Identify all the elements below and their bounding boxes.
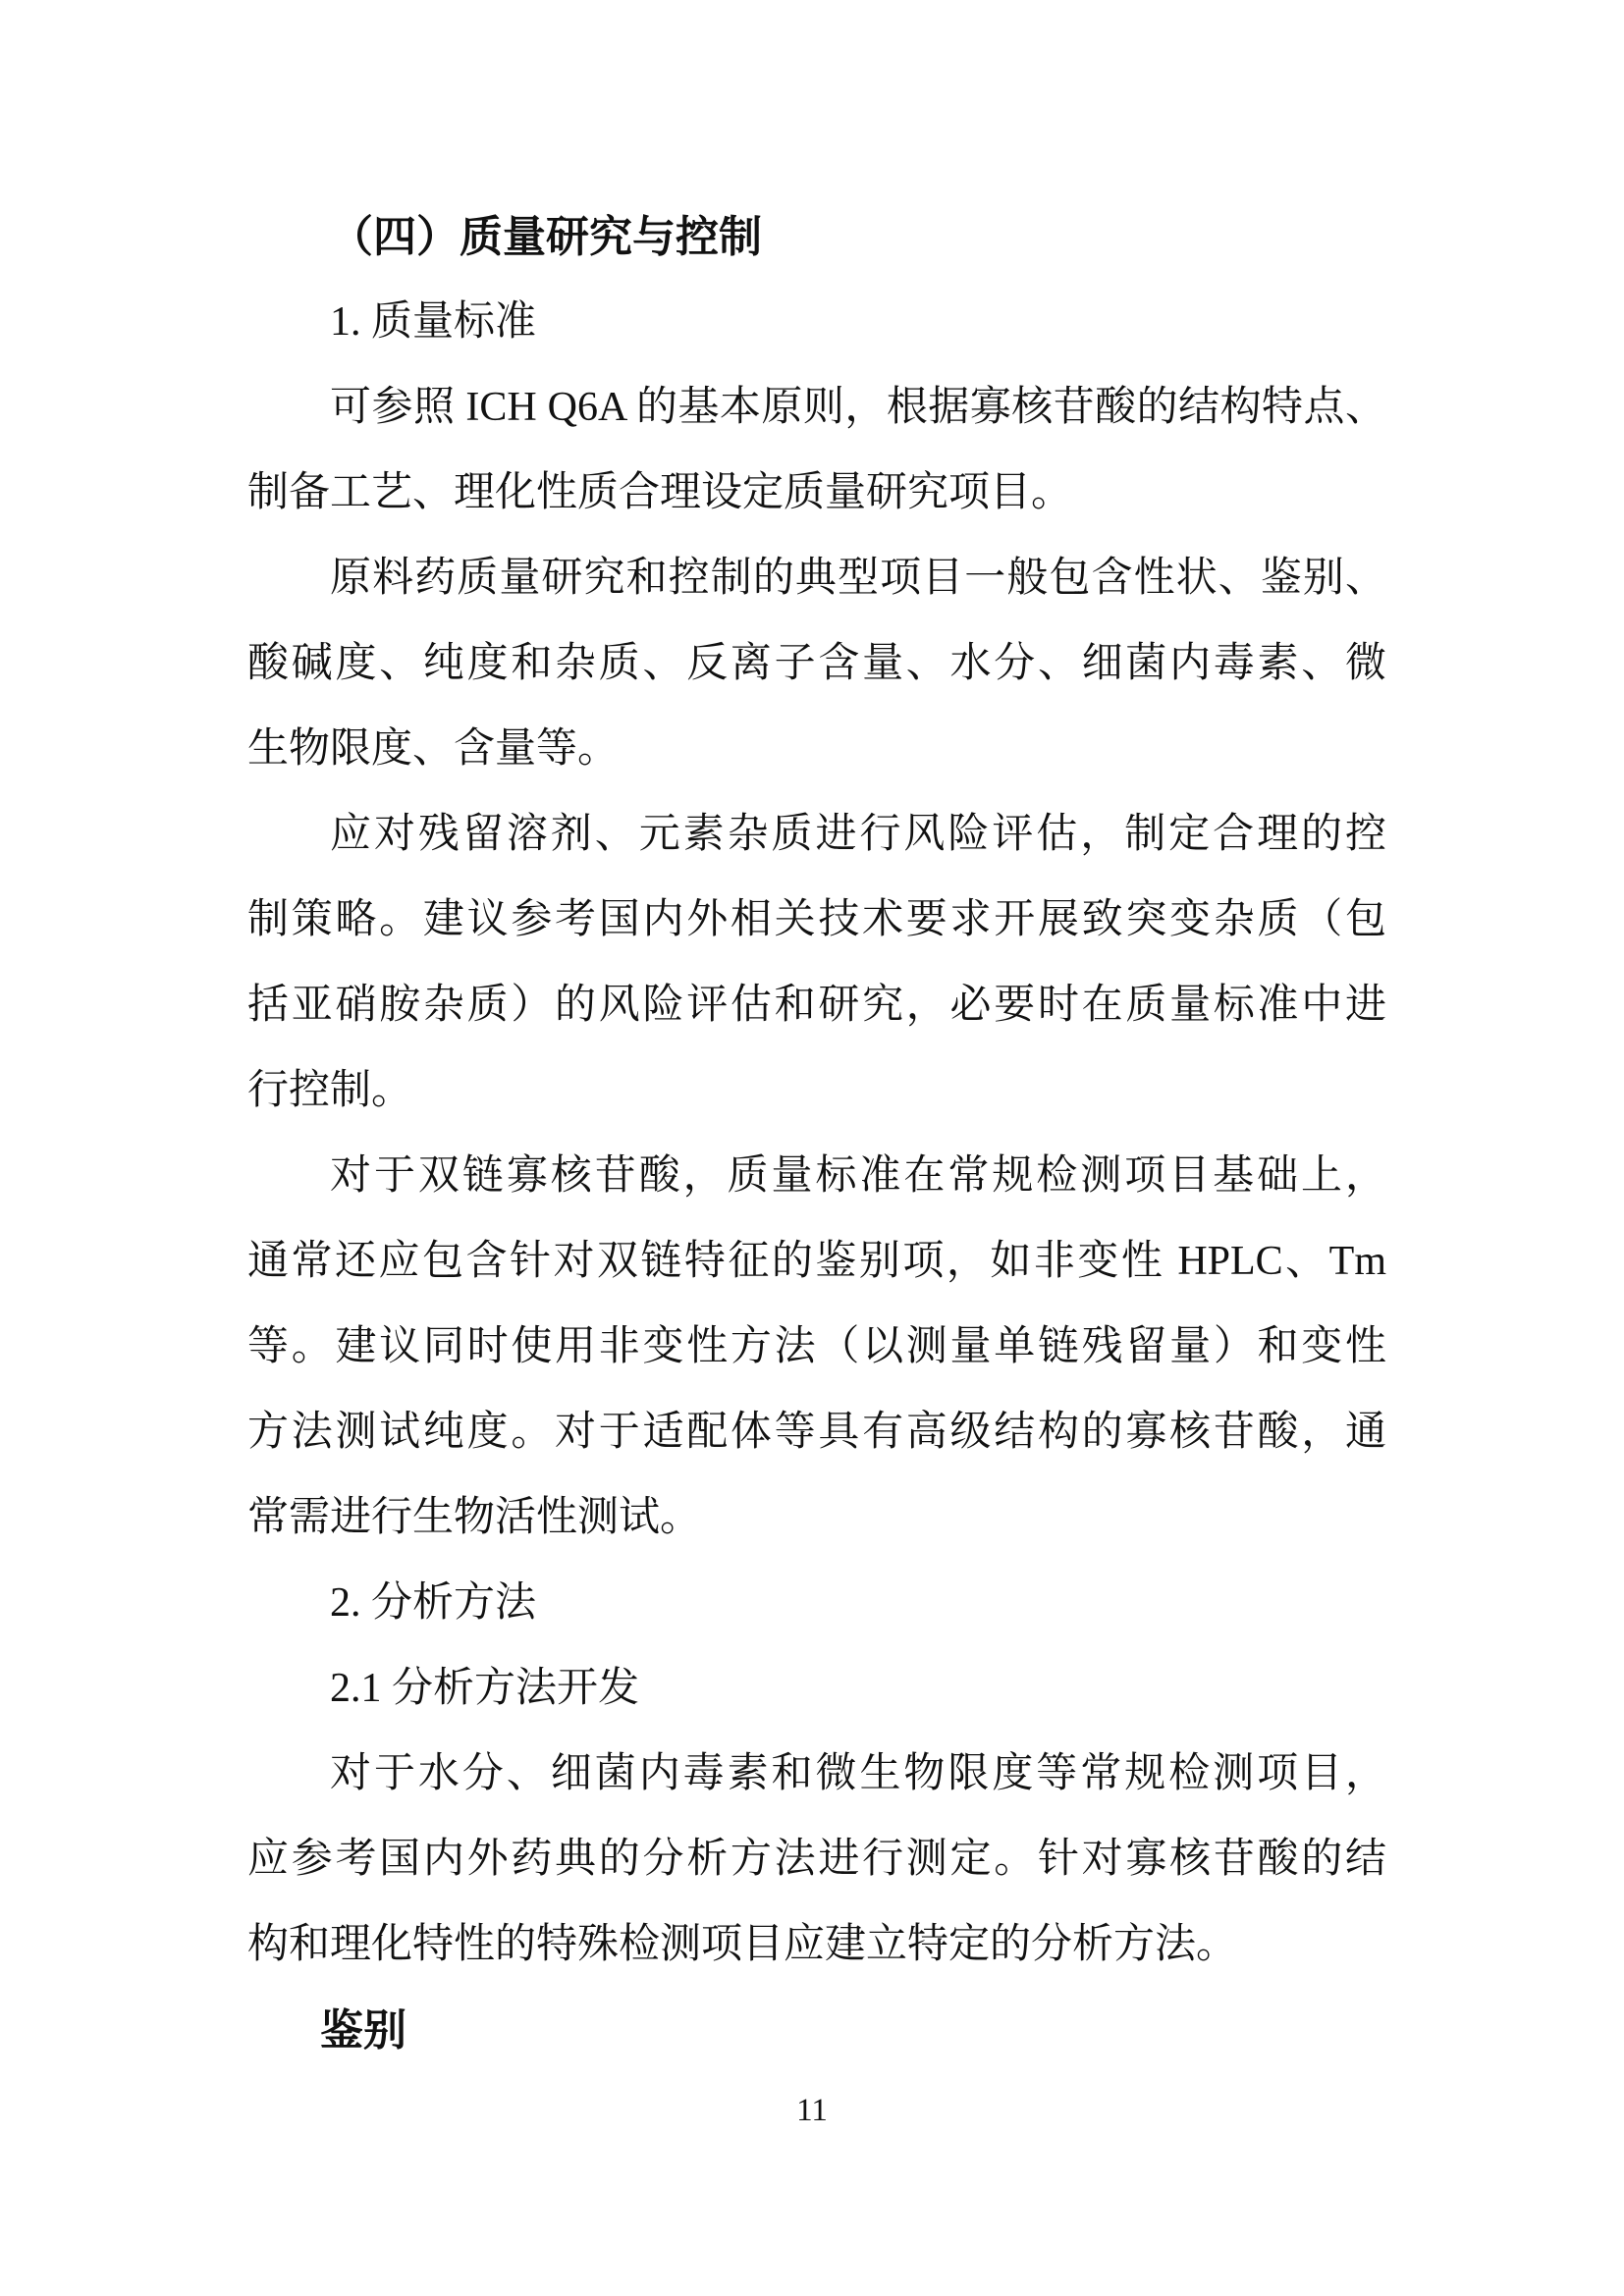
paragraph-line: 酸碱度、纯度和杂质、反离子含量、水分、细菌内毒素、微: [247, 621, 1386, 707]
paragraph-line: 方法测试纯度。对于适配体等具有高级结构的寡核苷酸，通: [247, 1390, 1386, 1475]
text-block: （四）质量研究与控制 1. 质量标准 可参照 ICH Q6A 的基本原则，根据寡…: [247, 194, 1386, 2073]
subsection-heading-method-development: 2.1 分析方法开发: [247, 1646, 1386, 1732]
paragraph-line: 生物限度、含量等。: [247, 707, 1386, 792]
paragraph-line: 对于双链寡核苷酸，质量标准在常规检测项目基础上，: [247, 1134, 1386, 1219]
document-page: （四）质量研究与控制 1. 质量标准 可参照 ICH Q6A 的基本原则，根据寡…: [0, 0, 1624, 2296]
paragraph-line: 原料药质量研究和控制的典型项目一般包含性状、鉴别、: [247, 536, 1386, 621]
section-heading: （四）质量研究与控制: [247, 194, 1386, 280]
paragraph-line: 通常还应包含针对双链特征的鉴别项，如非变性 HPLC、Tm: [247, 1219, 1386, 1305]
subsection-heading-analytical-methods: 2. 分析方法: [247, 1561, 1386, 1646]
paragraph-line: 制策略。建议参考国内外相关技术要求开展致突变杂质（包: [247, 878, 1386, 963]
subsection-heading-quality-standard: 1. 质量标准: [247, 280, 1386, 365]
paragraph-line: 等。建议同时使用非变性方法（以测量单链残留量）和变性: [247, 1305, 1386, 1390]
paragraph-line: 括亚硝胺杂质）的风险评估和研究，必要时在质量标准中进: [247, 963, 1386, 1048]
paragraph-line: 制备工艺、理化性质合理设定质量研究项目。: [247, 451, 1386, 536]
paragraph-line: 应参考国内外药典的分析方法进行测定。针对寡核苷酸的结: [247, 1817, 1386, 1902]
page-number: 11: [0, 2089, 1624, 2133]
paragraph-line: 行控制。: [247, 1048, 1386, 1134]
paragraph-line: 常需进行生物活性测试。: [247, 1475, 1386, 1561]
paragraph-line: 构和理化特性的特殊检测项目应建立特定的分析方法。: [247, 1902, 1386, 1988]
keyword-heading-identification: 鉴别: [247, 1988, 1386, 2073]
paragraph-line: 应对残留溶剂、元素杂质进行风险评估，制定合理的控: [247, 792, 1386, 878]
paragraph-line: 对于水分、细菌内毒素和微生物限度等常规检测项目，: [247, 1732, 1386, 1817]
paragraph-line: 可参照 ICH Q6A 的基本原则，根据寡核苷酸的结构特点、: [247, 365, 1386, 451]
